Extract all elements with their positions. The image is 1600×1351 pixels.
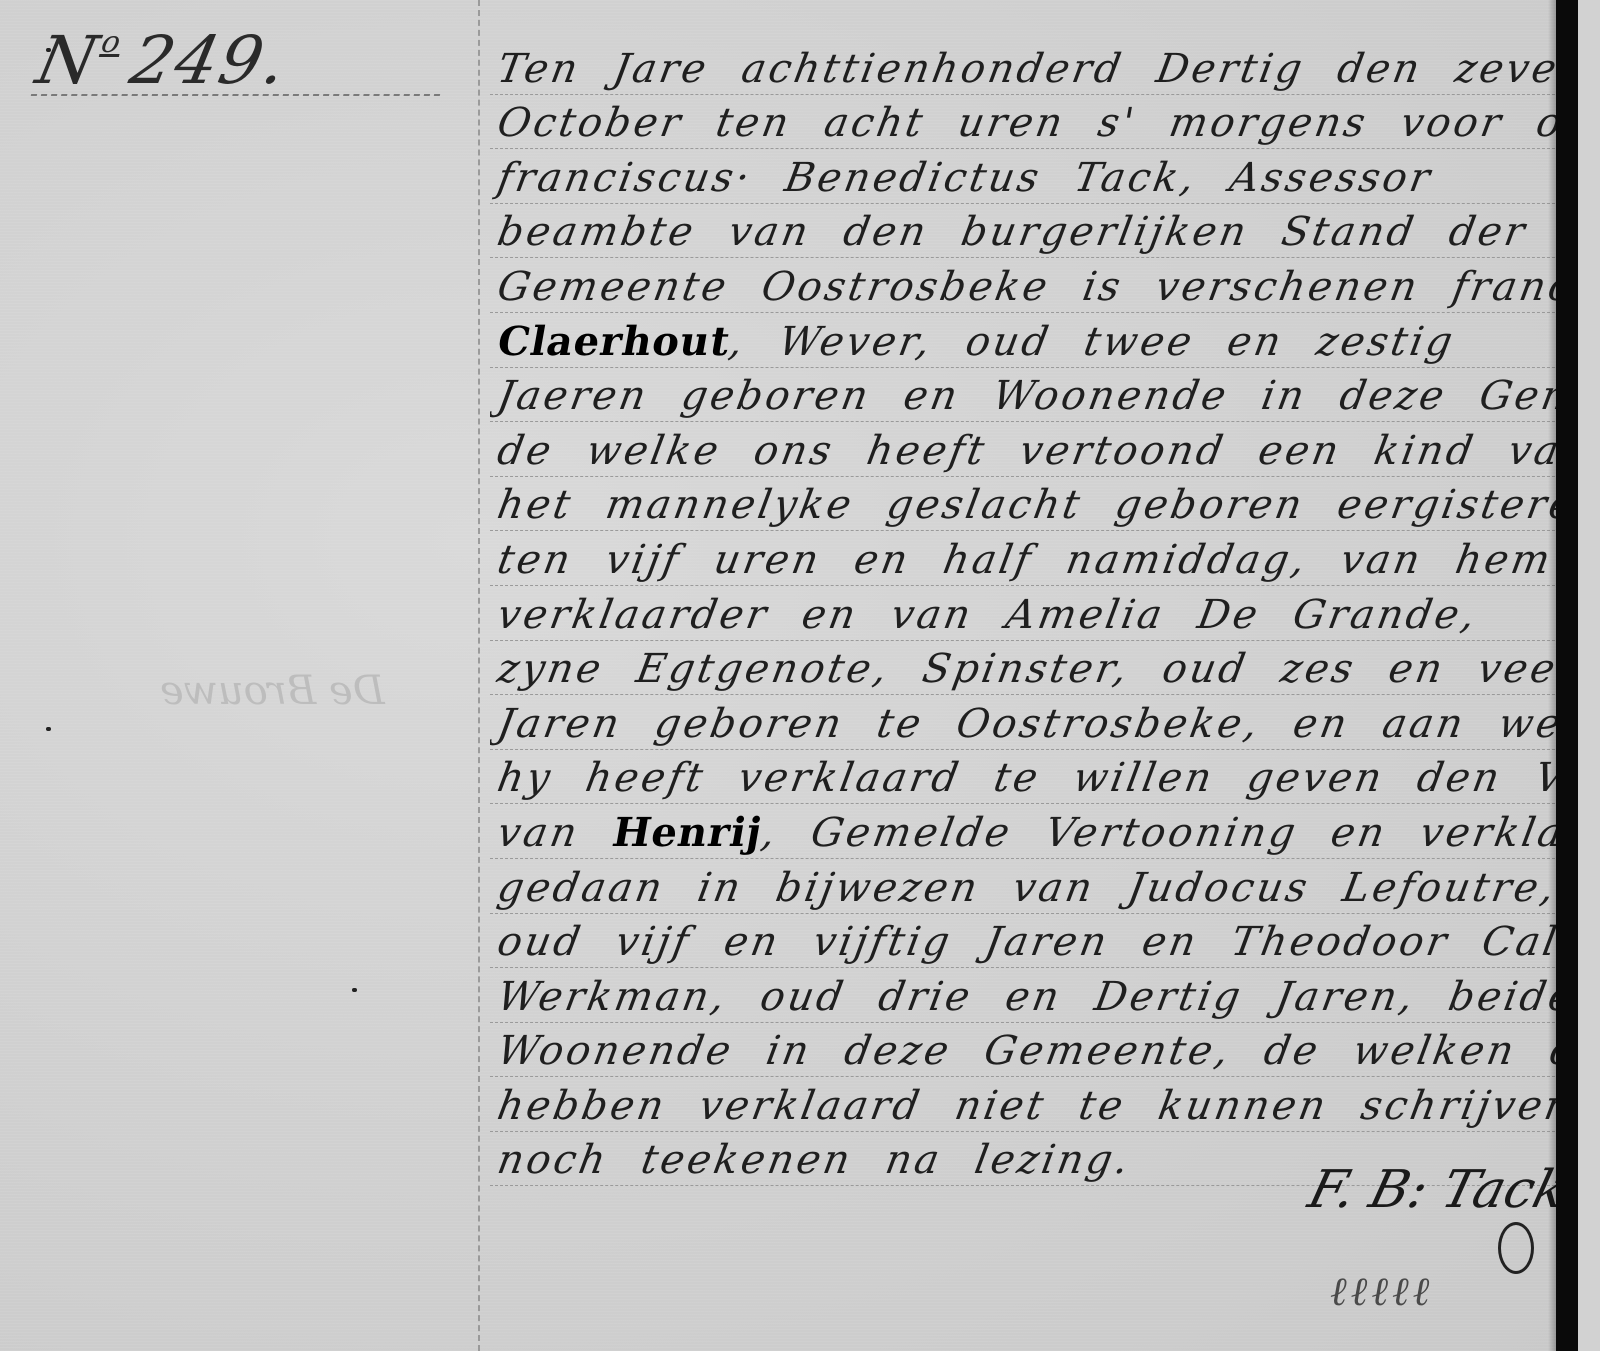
ink-speck bbox=[46, 727, 51, 731]
signature-flourish: ℓℓℓℓℓ bbox=[1330, 1268, 1433, 1315]
text-line: de welke ons heeft vertoond een kind van bbox=[490, 422, 1570, 477]
officer-signature: F. B: Tack bbox=[1303, 1160, 1574, 1220]
text-line: gedaan in bijwezen van Judocus Lefoutre,… bbox=[490, 859, 1570, 914]
text-line: zyne Egtgenote, Spinster, oud zes en vee… bbox=[490, 641, 1570, 696]
child-given-name: Henrij bbox=[609, 809, 766, 856]
text-line: verklaarder en van Amelia De Grande, bbox=[490, 586, 1570, 641]
text-line: October ten acht uren s' morgens voor on… bbox=[490, 95, 1570, 150]
text-line: Gemeente Oostrosbeke is verschenen franc… bbox=[490, 258, 1570, 313]
document-page: No249. De Brouwe Ten Jare achttienhonder… bbox=[0, 0, 1578, 1351]
text-line: oud vijf en vijftig Jaren en Theodoor Ca… bbox=[490, 914, 1570, 969]
text-line: Woonende in deze Gemeente, de welken ons bbox=[490, 1023, 1570, 1078]
text-line: Jaren geboren te Oostrosbeke, en aan wel… bbox=[490, 695, 1570, 750]
bleed-through-text: De Brouwe bbox=[160, 668, 385, 714]
text-line-child-name: van Henrij, Gemelde Vertooning en verkla… bbox=[490, 804, 1570, 859]
register-entry-text: Ten Jare achttienhonderd Dertig den zeve… bbox=[490, 40, 1570, 1186]
father-surname: Claerhout bbox=[494, 318, 734, 365]
text-line: beambte van den burgerlijken Stand der bbox=[490, 204, 1570, 259]
entry-number: No249. bbox=[31, 28, 454, 96]
text-line-father-name: Claerhout, Wever, oud twee en zestig bbox=[490, 313, 1570, 368]
text-line: Ten Jare achttienhonderd Dertig den zeve… bbox=[490, 40, 1570, 95]
ink-speck bbox=[46, 48, 51, 52]
text-line: franciscus· Benedictus Tack, Assessor bbox=[490, 149, 1570, 204]
text-line: hebben verklaard niet te kunnen schrijve… bbox=[490, 1077, 1570, 1132]
entry-number-prefix: N bbox=[30, 22, 106, 99]
text-line: ten vijf uren en half namiddag, van hem bbox=[490, 531, 1570, 586]
text-line: Jaeren geboren en Woonende in deze Gemee… bbox=[490, 368, 1570, 423]
text-line: Werkman, oud drie en Dertig Jaren, beide… bbox=[490, 968, 1570, 1023]
scan-border bbox=[1556, 0, 1578, 1351]
entry-number-value: 249. bbox=[124, 22, 295, 99]
text-line: het mannelyke geslacht geboren eergister… bbox=[490, 477, 1570, 532]
text-line: hy heeft verklaard te willen geven den V… bbox=[490, 750, 1570, 805]
ink-speck bbox=[352, 988, 357, 992]
page-edge-shadow bbox=[1548, 0, 1556, 1351]
margin-rule-line bbox=[478, 0, 480, 1351]
signature-paraph-icon bbox=[1498, 1222, 1534, 1274]
